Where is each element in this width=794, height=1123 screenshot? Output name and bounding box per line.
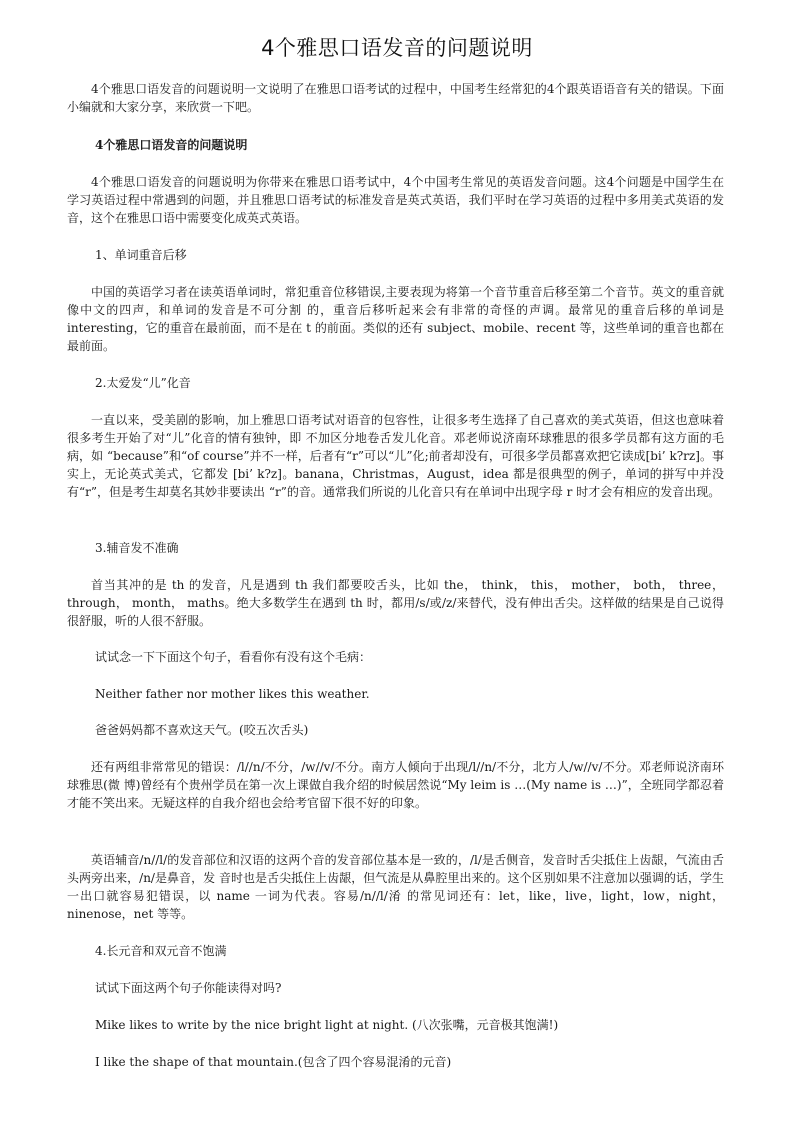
section-3-more-1: 还有两组非常常见的错误：/l//n/不分，/w//v/不分。南方人倾向于出现/l… [67, 758, 724, 812]
section-2-paragraph: 一直以来，受美剧的影响，加上雅思口语考试对语音的包容性，让很多考生选择了自己喜欢… [67, 411, 724, 501]
section-3-example-en: Neither father nor mother likes this wea… [95, 685, 725, 703]
section-4-example-1: Mike likes to write by the nice bright l… [95, 1016, 725, 1034]
section-1-paragraph: 中国的英语学习者在读英语单词时，常犯重音位移错误,主要表现为将第一个音节重音后移… [67, 283, 724, 355]
section-4-example-2: I like the shape of that mountain.(包含了四个… [95, 1053, 725, 1071]
section-1-heading: 1、单词重音后移 [95, 246, 725, 264]
intro-paragraph: 4个雅思口语发音的问题说明一文说明了在雅思口语考试的过程中，中国考生经常犯的4个… [67, 80, 724, 116]
section-2-heading: 2.太爱发“儿”化音 [95, 374, 725, 392]
section-heading: 4个雅思口语发音的问题说明 [95, 136, 725, 154]
section-4-heading: 4.长元音和双元音不饱满 [95, 942, 725, 960]
section-3-more-2: 英语辅音/n//l/的发音部位和汉语的这两个音的发音部位基本是一致的，/l/是舌… [67, 851, 724, 923]
overview-paragraph: 4个雅思口语发音的问题说明为你带来在雅思口语考试中，4个中国考生常见的英语发音问… [67, 173, 724, 227]
section-3-paragraph: 首当其冲的是 th 的发音，凡是遇到 th 我们都要咬舌头，比如 the， th… [67, 576, 724, 630]
document-title: 4个雅思口语发音的问题说明 [0, 32, 794, 62]
section-3-prompt: 试试念一下下面这个句子，看看你有没有这个毛病： [95, 648, 725, 666]
section-3-example-zh: 爸爸妈妈都不喜欢这天气。(咬五次舌头) [95, 721, 725, 739]
section-4-prompt: 试试下面这两个句子你能读得对吗? [95, 979, 725, 997]
section-3-heading: 3.辅音发不准确 [95, 539, 725, 557]
